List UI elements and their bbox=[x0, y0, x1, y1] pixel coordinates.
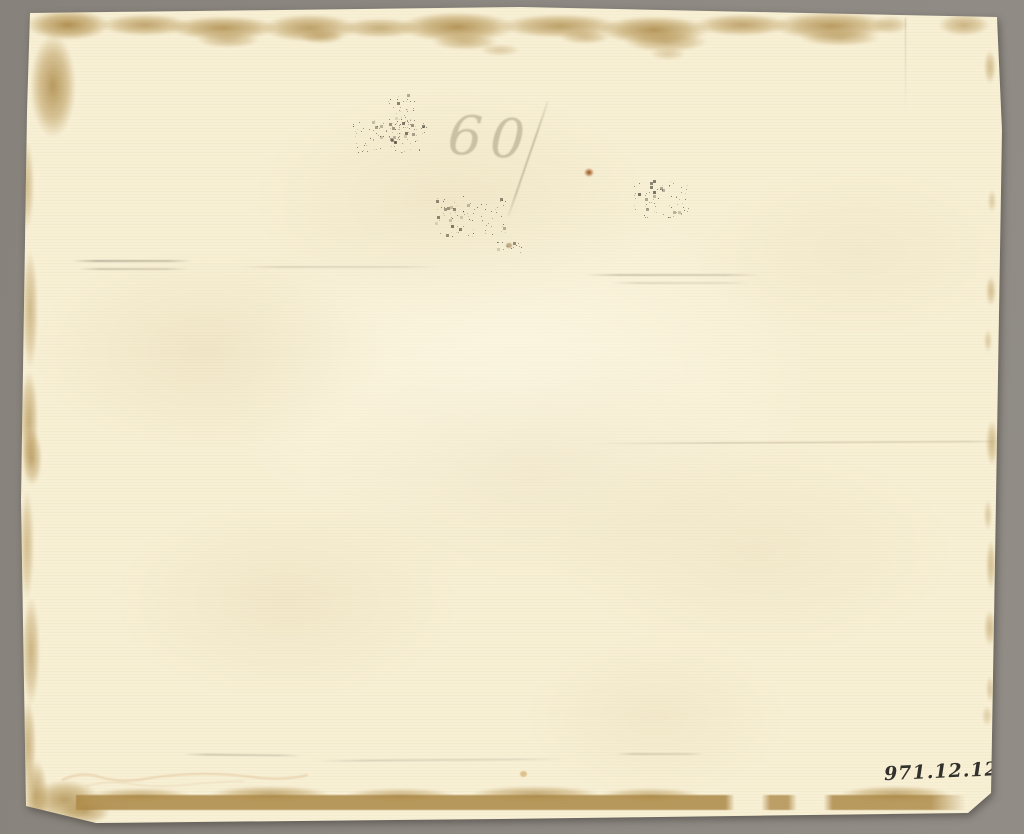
paper-verso: 60 971.12.1287 bbox=[0, 0, 1024, 834]
paper-vignette bbox=[0, 0, 1024, 834]
paper-shadow-wrap: 60 971.12.1287 bbox=[0, 0, 1024, 834]
photo-of-print-verso: 60 971.12.1287 bbox=[0, 0, 1024, 834]
